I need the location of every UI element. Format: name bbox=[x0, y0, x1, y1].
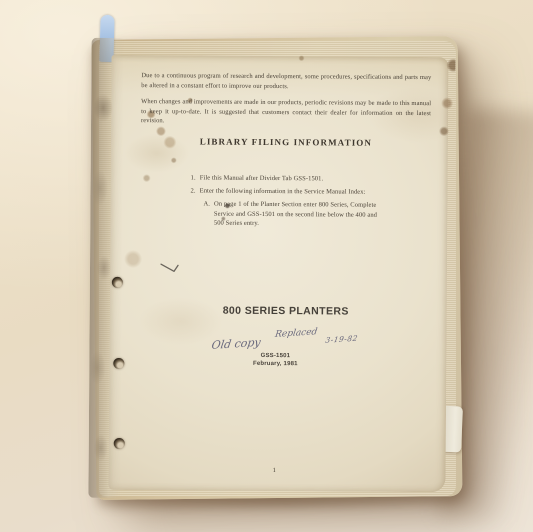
filing-item-1-number: 1. bbox=[191, 173, 196, 183]
filing-item-2-text: Enter the following information in the S… bbox=[200, 187, 366, 198]
notice-paragraph-1: Due to a continuous program of research … bbox=[141, 71, 431, 92]
handwritten-note-part-3: 3-19-82 bbox=[325, 334, 359, 345]
photo-backdrop: Due to a continuous program of research … bbox=[0, 0, 533, 532]
filing-item-1-text: File this Manual after Divider Tab GSS-1… bbox=[200, 174, 324, 184]
handwritten-note-part-1: Old copy bbox=[211, 336, 262, 352]
filing-subitem-a: A. On page 1 of the Planter Section ente… bbox=[203, 200, 385, 230]
manual-front-page: Due to a continuous program of research … bbox=[84, 43, 455, 498]
filing-item-2-number: 2. bbox=[191, 186, 196, 196]
page-number: 1 bbox=[273, 467, 276, 474]
filing-item-2: 2. Enter the following information in th… bbox=[191, 186, 431, 197]
binding-hole-2 bbox=[113, 358, 124, 369]
filing-subitem-a-letter: A. bbox=[203, 200, 210, 229]
series-title: 800 SERIES PLANTERS bbox=[223, 305, 349, 318]
notice-paragraph-2: When changes and improvements are made i… bbox=[141, 97, 431, 128]
handwritten-note-part-2: Replaced bbox=[274, 327, 318, 340]
binding-hole-3 bbox=[114, 438, 125, 449]
publication-date: February, 1981 bbox=[181, 359, 369, 368]
worn-spine bbox=[88, 38, 123, 498]
filing-subitem-a-text: On page 1 of the Planter Section enter 8… bbox=[214, 200, 386, 230]
filing-item-1: 1. File this Manual after Divider Tab GS… bbox=[191, 173, 421, 184]
form-identification-block: GSS-1501 February, 1981 bbox=[181, 351, 369, 368]
pen-checkmark-icon bbox=[160, 262, 180, 274]
binding-hole-1 bbox=[112, 277, 123, 288]
library-filing-heading: LIBRARY FILING INFORMATION bbox=[141, 136, 431, 148]
